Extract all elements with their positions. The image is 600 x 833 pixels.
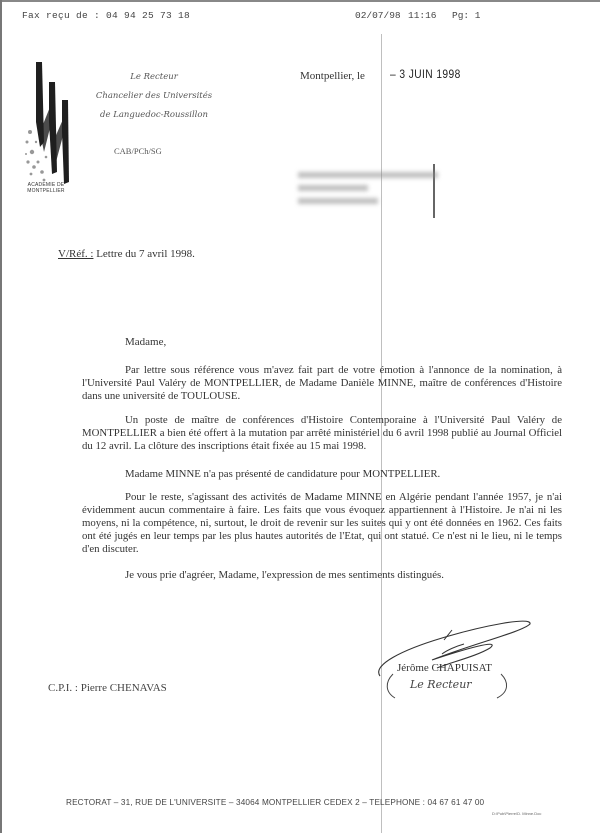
paragraph-1: Par lettre sous référence vous m'avez fa… [82, 364, 562, 403]
fax-top-edge [0, 0, 600, 2]
fax-page-number: Pg: 1 [452, 10, 481, 21]
footer-file-code: D:\Pub\Pierre\D. Minne.Doc [492, 811, 541, 816]
academie-logo-icon [22, 62, 72, 197]
paragraph-2: Un poste de maître de conférences d'Hist… [82, 414, 562, 453]
reference-line: V/Réf. : Lettre du 7 avril 1998. [58, 248, 195, 260]
closing-paragraph: Je vous prie d'agréer, Madame, l'express… [82, 569, 562, 582]
recipient-address-redacted [298, 172, 438, 211]
logo-caption: ACADEMIE DE MONTPELLIER [22, 182, 70, 194]
place-label: Montpellier, le [300, 70, 365, 82]
fax-left-edge [0, 0, 2, 833]
fax-date: 02/07/98 [355, 10, 401, 21]
fax-time: 11:16 [408, 10, 437, 21]
reference-label: V/Réf. : [58, 248, 93, 260]
salutation: Madame, [125, 336, 166, 348]
signer-title-handwritten: Le Recteur [410, 678, 472, 691]
fax-header: Fax reçu de : 04 94 25 73 18 02/07/98 11… [0, 10, 600, 24]
reference-code: CAB/PCh/SG [114, 146, 162, 156]
paragraph-4: Pour le reste, s'agissant des activités … [82, 491, 562, 556]
letterhead-title: Le Recteur Chancelier des Universités de… [84, 68, 224, 125]
paragraph-3: Madame MINNE n'a pas présenté de candida… [82, 468, 562, 481]
footer-address: RECTORAT – 31, RUE DE L'UNIVERSITE – 340… [66, 798, 484, 807]
copy-recipient: C.P.I. : Pierre CHENAVAS [48, 682, 167, 694]
reference-value: Lettre du 7 avril 1998. [96, 248, 195, 260]
date-stamp: – 3 JUIN 1998 [390, 67, 461, 81]
fax-sender: Fax reçu de : 04 94 25 73 18 [22, 10, 190, 21]
